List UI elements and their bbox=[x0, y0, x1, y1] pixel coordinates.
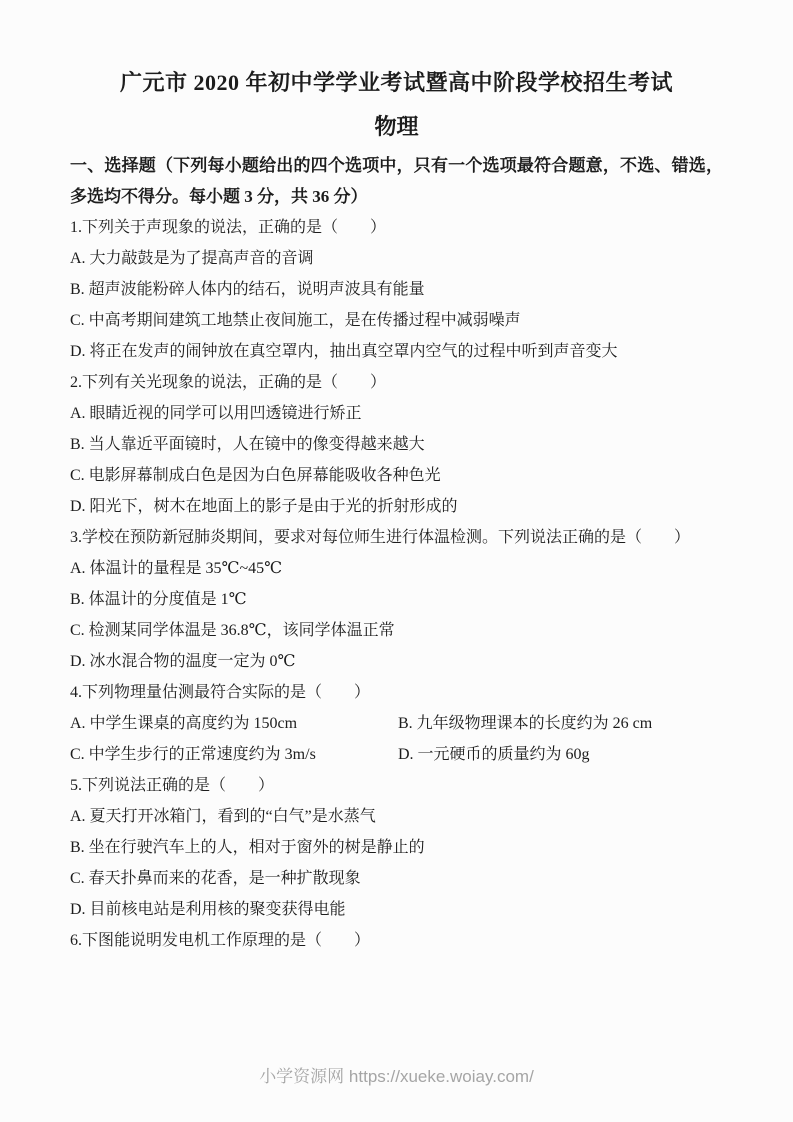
q3-stem: 3.学校在预防新冠肺炎期间，要求对每位师生进行体温检测。下列说法正确的是（ ） bbox=[70, 522, 723, 553]
q5-option-b: B. 坐在行驶汽车上的人，相对于窗外的树是静止的 bbox=[70, 832, 723, 863]
q4-option-d: D. 一元硬币的质量约为 60g bbox=[398, 739, 723, 770]
q4-options-grid: A. 中学生课桌的高度约为 150cm B. 九年级物理课本的长度约为 26 c… bbox=[70, 708, 723, 770]
question-5: 5.下列说法正确的是（ ） A. 夏天打开冰箱门，看到的“白气”是水蒸气 B. … bbox=[70, 770, 723, 925]
q4-option-c: C. 中学生步行的正常速度约为 3m/s bbox=[70, 739, 398, 770]
section-heading: 一、选择题（下列每小题给出的四个选项中，只有一个选项最符合题意，不选、错选，多选… bbox=[70, 150, 723, 212]
q2-option-a: A. 眼睛近视的同学可以用凹透镜进行矫正 bbox=[70, 398, 723, 429]
footer-site-name: 小学资源网 bbox=[259, 1067, 344, 1086]
footer-url: https://xueke.woiay.com/ bbox=[349, 1067, 534, 1086]
page-title: 广元市 2020 年初中学学业考试暨高中阶段学校招生考试 bbox=[70, 68, 723, 98]
q5-option-d: D. 目前核电站是利用核的聚变获得电能 bbox=[70, 894, 723, 925]
q2-option-c: C. 电影屏幕制成白色是因为白色屏幕能吸收各种色光 bbox=[70, 460, 723, 491]
q2-option-d: D. 阳光下，树木在地面上的影子是由于光的折射形成的 bbox=[70, 491, 723, 522]
q3-option-b: B. 体温计的分度值是 1℃ bbox=[70, 584, 723, 615]
q4-stem: 4.下列物理量估测最符合实际的是（ ） bbox=[70, 677, 723, 708]
q3-option-d: D. 冰水混合物的温度一定为 0℃ bbox=[70, 646, 723, 677]
q5-stem: 5.下列说法正确的是（ ） bbox=[70, 770, 723, 801]
question-list: 1.下列关于声现象的说法，正确的是（ ） A. 大力敲鼓是为了提高声音的音调 B… bbox=[70, 212, 723, 956]
exam-page: 广元市 2020 年初中学学业考试暨高中阶段学校招生考试 物理 一、选择题（下列… bbox=[0, 0, 793, 956]
q4-option-b: B. 九年级物理课本的长度约为 26 cm bbox=[398, 708, 723, 739]
footer-watermark: 小学资源网 https://xueke.woiay.com/ bbox=[0, 1066, 793, 1088]
q1-option-a: A. 大力敲鼓是为了提高声音的音调 bbox=[70, 243, 723, 274]
question-2: 2.下列有关光现象的说法，正确的是（ ） A. 眼睛近视的同学可以用凹透镜进行矫… bbox=[70, 367, 723, 522]
question-3: 3.学校在预防新冠肺炎期间，要求对每位师生进行体温检测。下列说法正确的是（ ） … bbox=[70, 522, 723, 677]
question-1: 1.下列关于声现象的说法，正确的是（ ） A. 大力敲鼓是为了提高声音的音调 B… bbox=[70, 212, 723, 367]
q1-option-d: D. 将正在发声的闹钟放在真空罩内，抽出真空罩内空气的过程中听到声音变大 bbox=[70, 336, 723, 367]
q6-stem: 6.下图能说明发电机工作原理的是（ ） bbox=[70, 925, 723, 956]
q4-option-a: A. 中学生课桌的高度约为 150cm bbox=[70, 708, 398, 739]
subject-title: 物理 bbox=[70, 112, 723, 142]
question-6: 6.下图能说明发电机工作原理的是（ ） bbox=[70, 925, 723, 956]
question-4: 4.下列物理量估测最符合实际的是（ ） A. 中学生课桌的高度约为 150cm … bbox=[70, 677, 723, 770]
q2-stem: 2.下列有关光现象的说法，正确的是（ ） bbox=[70, 367, 723, 398]
q1-option-c: C. 中高考期间建筑工地禁止夜间施工，是在传播过程中减弱噪声 bbox=[70, 305, 723, 336]
q5-option-c: C. 春天扑鼻而来的花香，是一种扩散现象 bbox=[70, 863, 723, 894]
q1-stem: 1.下列关于声现象的说法，正确的是（ ） bbox=[70, 212, 723, 243]
q5-option-a: A. 夏天打开冰箱门，看到的“白气”是水蒸气 bbox=[70, 801, 723, 832]
q3-option-c: C. 检测某同学体温是 36.8℃，该同学体温正常 bbox=[70, 615, 723, 646]
q2-option-b: B. 当人靠近平面镜时，人在镜中的像变得越来越大 bbox=[70, 429, 723, 460]
q3-option-a: A. 体温计的量程是 35℃~45℃ bbox=[70, 553, 723, 584]
q1-option-b: B. 超声波能粉碎人体内的结石，说明声波具有能量 bbox=[70, 274, 723, 305]
